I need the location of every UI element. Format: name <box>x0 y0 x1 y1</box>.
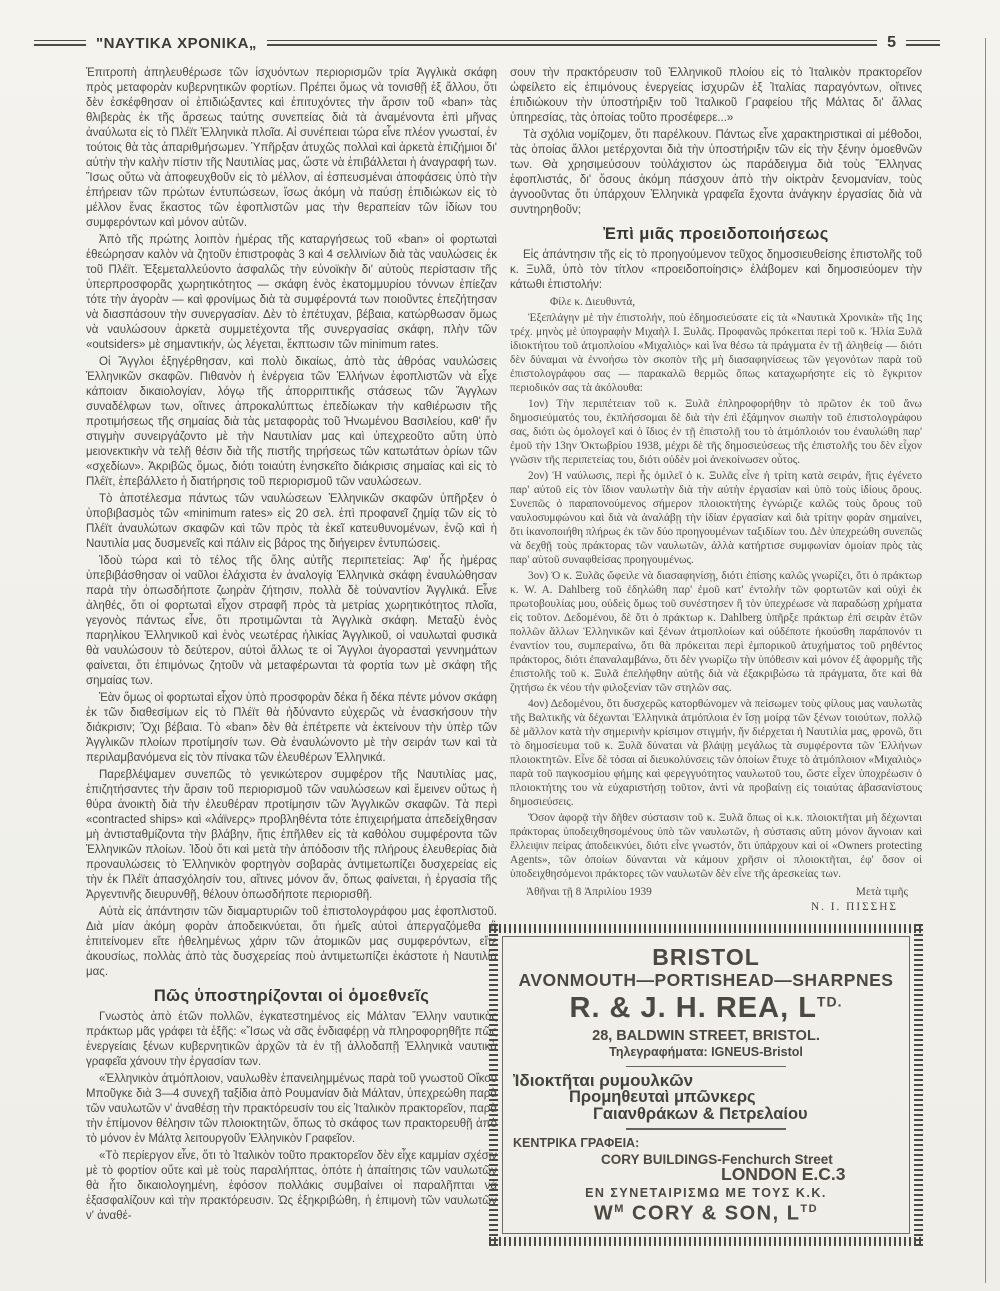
ad-partner-w-sup: M <box>614 1203 625 1215</box>
article-paragraph: Ἐπιτροπὴ ἀπηλευθέρωσε τῶν ἰσχυόντων περι… <box>86 66 497 231</box>
masthead-rule-right <box>906 40 940 46</box>
advertisement-content: BRISTOL AVONMOUTH—PORTISHEAD—SHARPNES R.… <box>502 936 910 1234</box>
divider <box>626 1066 786 1068</box>
section-heading: Πῶς ὑποστηρίζονται οἱ ὁμοεθνεῖς <box>86 989 497 1004</box>
advertisement-bristol-rea: BRISTOL AVONMOUTH—PORTISHEAD—SHARPNES R.… <box>489 924 923 1246</box>
ad-telegrams: Τηλεγραφήματα: IGNEUS-Bristol <box>513 1045 899 1060</box>
page-number: 5 <box>887 34 896 52</box>
masthead-rule-center <box>267 40 877 46</box>
ad-ports: AVONMOUTH—PORTISHEAD—SHARPNES <box>513 970 899 992</box>
article-paragraph: Παρεβλέψαμεν συνεπῶς τὸ γενικώτερον συμφ… <box>86 768 497 903</box>
article-paragraph: «Ἑλληνικὸν ἀτμόπλοιον, ναυλωθὲν ἐπανειλη… <box>86 1072 497 1147</box>
ad-offices-city: LONDON E.C.3 <box>721 1167 899 1182</box>
ad-company-name: R. & J. H. REA, LTD. <box>513 992 899 1025</box>
ad-city: BRISTOL <box>513 945 899 970</box>
article-columns: Ἐπιτροπὴ ἀπηλευθέρωσε τῶν ἰσχυόντων περι… <box>0 52 1000 1246</box>
article-paragraph: Οἱ Ἄγγλοι ἐξηγέρθησαν, καὶ πολὺ δικαίως,… <box>86 355 497 490</box>
letter-paragraph: Ἐξεπλάγην μὲ τὴν ἐπιστολήν, ποὺ ἐδημοσιε… <box>510 311 922 395</box>
reader-letter: Φίλε κ. Διευθυντά, Ἐξεπλάγην μὲ τὴν ἐπισ… <box>510 295 922 914</box>
masthead: "ΝΑΥΤΙΚΑ ΧΡΟΝΙΚΑ„ 5 <box>0 0 1000 52</box>
letter-paragraph: 4ον) Δεδομένου, ὅτι δυσχερῶς κατορθώνομε… <box>510 697 922 809</box>
article-paragraph: Τὰ σχόλια νομίζομεν, ὅτι παρέλκουν. Πάντ… <box>510 128 922 218</box>
ad-offices: ΚΕΝΤΡΙΚΑ ΓΡΑΦΕΙΑ: CORY BUILDINGS-Fenchur… <box>513 1136 899 1182</box>
article-paragraph: Ἐὰν ὅμως οἱ φορτωταὶ εἶχον ὑπὸ προσφορὰν… <box>86 691 497 766</box>
section-heading: Ἐπὶ μιᾶς προειδοποιήσεως <box>510 227 922 242</box>
article-paragraph: Αὐτὰ εἰς ἀπάντησιν τῶν διαμαρτυριῶν τοῦ … <box>86 905 497 980</box>
article-paragraph: Τὸ ἀποτέλεσμα πάντως τῶν ναυλώσεων Ἑλλην… <box>86 492 497 552</box>
divider <box>626 1128 786 1130</box>
letter-signature-row: Ἀθῆναι τῇ 8 Ἀπριλίου 1939 Μετὰ τιμῆς <box>510 885 922 899</box>
article-paragraph: Ἀπὸ τῆς πρώτης λοιπὸν ἡμέρας τῆς καταργή… <box>86 233 497 353</box>
masthead-title: "ΝΑΥΤΙΚΑ ΧΡΟΝΙΚΑ„ <box>96 35 257 52</box>
letter-paragraph: 2ον) Ἡ ναύλωσις, περὶ ἧς ὁμιλεῖ ὁ κ. Ξυλ… <box>510 469 922 567</box>
ad-partner-rest: CORY & SON, L <box>625 1202 800 1224</box>
letter-paragraph: Ὅσον ἀφορᾷ τὴν δῆθεν σύστασιν τοῦ κ. Ξυλ… <box>510 811 922 881</box>
magazine-page: "ΝΑΥΤΙΚΑ ΧΡΟΝΙΚΑ„ 5 Ἐπιτροπὴ ἀπηλευθέρωσ… <box>0 0 1000 1291</box>
article-paragraph: σουν τὴν πρακτόρευσιν τοῦ Ἑλληνικοῦ πλοί… <box>510 66 922 126</box>
ad-partnership-line: ΕΝ ΣΥΝΕΤΑΙΡΙΣΜΩ ΜΕ ΤΟΥΣ Κ.Κ. <box>513 1186 899 1201</box>
letter-paragraph: 1ον) Τὴν περιπέτειαν τοῦ κ. Ξυλᾶ ἐπληροφ… <box>510 397 922 467</box>
left-column: Ἐπιτροπὴ ἀπηλευθέρωσε τῶν ἰσχυόντων περι… <box>86 66 497 1246</box>
masthead-rule-left <box>34 40 86 46</box>
letter-signature: Ν. Ι. ΠΙΣΣΗΣ <box>510 900 922 914</box>
article-paragraph: «Τὸ περίεργον εἶνε, ὅτι τὸ Ἰταλικὸν τοῦτ… <box>86 1149 497 1224</box>
ad-partner-w: W <box>594 1202 614 1224</box>
ad-offices-label: ΚΕΝΤΡΙΚΑ ΓΡΑΦΕΙΑ: <box>513 1136 899 1151</box>
letter-salutation: Φίλε κ. Διευθυντά, <box>510 295 922 309</box>
ad-service-item: Ἰδιοκτῆται ρυμουλκῶν <box>513 1073 899 1088</box>
ad-company-sup: TD. <box>817 994 843 1010</box>
letter-closing: Μετὰ τιμῆς <box>856 885 908 899</box>
ad-services: Ἰδιοκτῆται ρυμουλκῶν Προμηθευταὶ μπῶνκερ… <box>513 1073 899 1122</box>
ad-service-item: Προμηθευταὶ μπῶνκερς <box>569 1090 899 1105</box>
right-column: σουν τὴν πρακτόρευσιν τοῦ Ἑλληνικοῦ πλοί… <box>510 66 922 1246</box>
article-paragraph: Ἰδοὺ τώρα καὶ τὸ τέλος τῆς ὅλης αὐτῆς πε… <box>86 554 497 689</box>
article-paragraph: Γνωστὸς ἀπὸ ἐτῶν πολλῶν, ἐγκατεστημένος … <box>86 1010 497 1070</box>
ad-service-item: Γαιανθράκων & Πετρελαίου <box>593 1107 899 1122</box>
ad-address: 28, BALDWIN STREET, BRISTOL. <box>513 1029 899 1044</box>
article-paragraph: Εἰς ἀπάντησιν τῆς εἰς τὸ προηγούμενον τε… <box>510 248 922 293</box>
ad-partner-rest-sup: TD <box>800 1203 818 1215</box>
letter-date: Ἀθῆναι τῇ 8 Ἀπριλίου 1939 <box>526 885 652 899</box>
page-edge-line <box>985 38 986 1283</box>
ad-partner-company: WM CORY & SON, LTD <box>513 1202 899 1222</box>
ad-company-main: R. & J. H. REA, L <box>570 992 817 1024</box>
letter-paragraph: 3ον) Ὁ κ. Ξυλᾶς ὤφειλε νὰ διασαφηνίσῃ, δ… <box>510 569 922 695</box>
